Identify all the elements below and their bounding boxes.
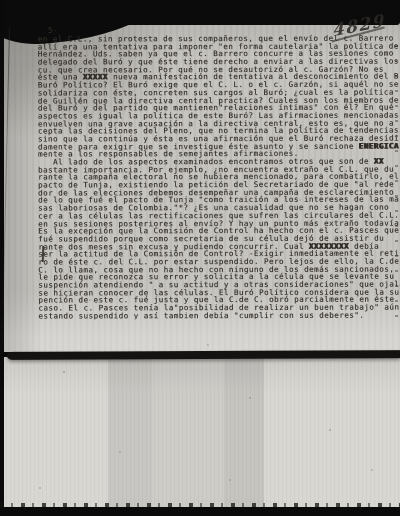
paper-sheet-lower	[2, 357, 400, 507]
page-number: 5-	[48, 27, 58, 35]
typewritten-text-block: en el C.L., sin protesta de sus compañer…	[38, 35, 400, 320]
text-line: estando suspendido y así tambien debía "…	[38, 311, 400, 320]
microfilm-scan: 5- en el C.L., sin protesta de sus compa…	[0, 0, 400, 516]
page-bottom-edge-shadow	[7, 350, 400, 360]
film-edge-bottom	[0, 507, 400, 516]
scanned-document-screenshot: { "document": { "page_number": "5-", "ha…	[0, 0, 400, 516]
